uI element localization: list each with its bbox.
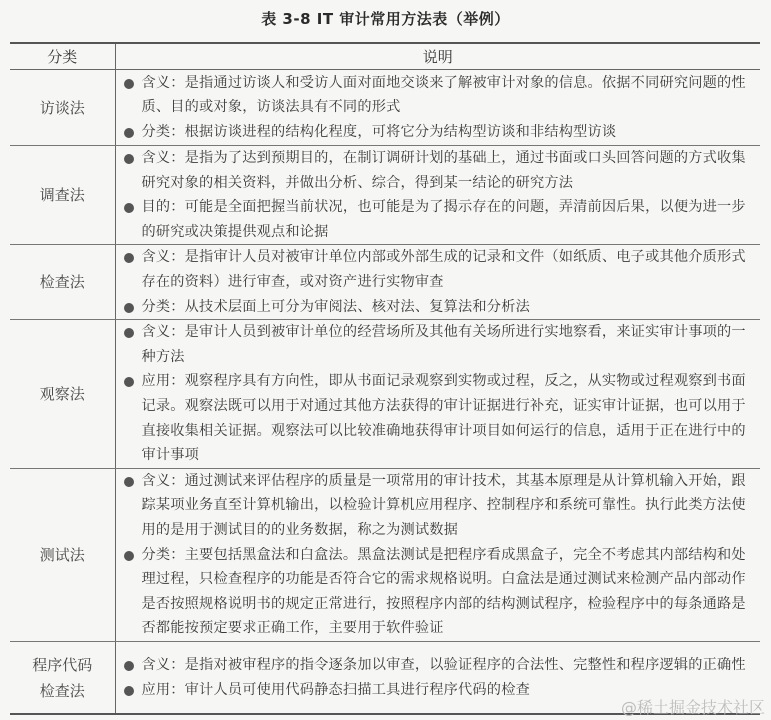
header-category: 分类 [10, 43, 115, 70]
bullet-icon [124, 477, 134, 487]
table-title: 表 3-8 IT 审计常用方法表（举例） [0, 8, 771, 29]
list-item: 目的：可能是全面把握当前状况，也可能是为了揭示存在的问题，弄清前因后果，以便为进… [122, 195, 757, 244]
description-cell: 含义：是指通过访谈人和受访人面对面地交谈来了解被审计对象的信息。依据不同研究问题… [115, 70, 760, 146]
list-item: 应用：观察程序具有方向性，即从书面记录观察到实物或过程，反之，从实物或过程观察到… [122, 369, 757, 467]
list-item: 含义：是审计人员到被审计单位的经营场所及其他有关场所进行实地察看，来证实审计事项… [122, 320, 757, 369]
list-item: 分类：根据访谈进程的结构化程度，可将它分为结构型访谈和非结构型访谈 [122, 120, 757, 145]
description-cell: 含义：是指为了达到预期目的，在制订调研计划的基础上，通过书面或口头回答问题的方式… [115, 146, 760, 245]
bullet-icon [124, 661, 134, 671]
bullet-icon [124, 253, 134, 263]
bullet-icon [124, 551, 134, 561]
list-item: 含义：是指通过访谈人和受访人面对面地交谈来了解被审计对象的信息。依据不同研究问题… [122, 71, 757, 120]
category-cell: 程序代码 检查法 [10, 641, 115, 714]
category-cell: 访谈法 [10, 70, 115, 146]
header-row: 分类 说明 [10, 43, 760, 70]
list-item: 含义：是指为了达到预期目的，在制订调研计划的基础上，通过书面或口头回答问题的方式… [122, 146, 757, 195]
description-cell: 含义：是指审计人员对被审计单位内部或外部生成的记录和文件（如纸质、电子或其他介质… [115, 245, 760, 320]
list-item: 分类：从技术层面上可分为审阅法、核对法、复算法和分析法 [122, 295, 757, 320]
list-item: 含义：通过测试来评估程序的质量是一项常用的审计技术，其基本原理是从计算机输入开始… [122, 469, 757, 543]
description-cell: 含义：是审计人员到被审计单位的经营场所及其他有关场所进行实地察看，来证实审计事项… [115, 320, 760, 469]
category-cell: 调查法 [10, 146, 115, 245]
bullet-icon [124, 79, 134, 89]
bullet-icon [124, 154, 134, 164]
list-item: 含义：是指审计人员对被审计单位内部或外部生成的记录和文件（如纸质、电子或其他介质… [122, 245, 757, 294]
bullet-icon [124, 128, 134, 138]
methods-table: 分类 说明 访谈法 含义：是指通过访谈人和受访人面对面地交谈来了解被审计对象的信… [10, 42, 760, 715]
bullet-icon [124, 203, 134, 213]
description-cell: 含义：通过测试来评估程序的质量是一项常用的审计技术，其基本原理是从计算机输入开始… [115, 468, 760, 641]
category-cell: 测试法 [10, 468, 115, 641]
table-row: 访谈法 含义：是指通过访谈人和受访人面对面地交谈来了解被审计对象的信息。依据不同… [10, 70, 760, 146]
category-cell: 检查法 [10, 245, 115, 320]
watermark: @稀土掘金技术社区 [621, 695, 765, 718]
bullet-icon [124, 328, 134, 338]
bullet-icon [124, 686, 134, 696]
list-item: 分类：主要包括黑盒法和白盒法。黑盒法测试是把程序看成黑盒子，完全不考虑其内部结构… [122, 543, 757, 641]
category-cell: 观察法 [10, 320, 115, 469]
header-description: 说明 [115, 43, 760, 70]
bullet-icon [124, 377, 134, 387]
table-row: 检查法 含义：是指审计人员对被审计单位内部或外部生成的记录和文件（如纸质、电子或… [10, 245, 760, 320]
list-item: 含义：是指对被审程序的指令逐条加以审查，以验证程序的合法性、完整性和程序逻辑的正… [122, 653, 757, 678]
table-row: 观察法 含义：是审计人员到被审计单位的经营场所及其他有关场所进行实地察看，来证实… [10, 320, 760, 469]
table-row: 调查法 含义：是指为了达到预期目的，在制订调研计划的基础上，通过书面或口头回答问… [10, 146, 760, 245]
bullet-icon [124, 303, 134, 313]
table-row: 测试法 含义：通过测试来评估程序的质量是一项常用的审计技术，其基本原理是从计算机… [10, 468, 760, 641]
